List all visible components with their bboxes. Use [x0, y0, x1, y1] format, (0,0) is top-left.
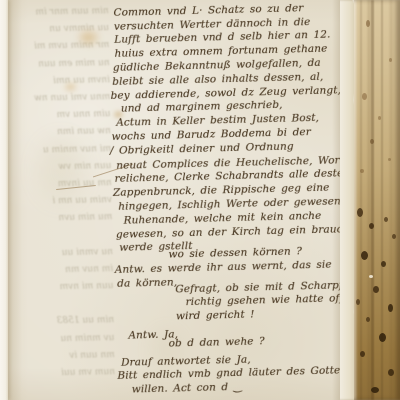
foxing-spot — [389, 58, 392, 62]
foxing-spot — [366, 20, 370, 27]
showthrough-line: nw uun imn — [9, 123, 111, 142]
foxing-spot — [360, 169, 364, 173]
showthrough-line: num vm uui — [13, 364, 115, 383]
page-fold-shadow — [8, 0, 22, 400]
edge-crease — [371, 0, 374, 400]
manuscript-photo: nim uun mnr imuu nimmv unmr nnim uvm min… — [0, 0, 400, 400]
foxing-spot — [371, 387, 379, 393]
showthrough-line: mnu vmi uun nw — [8, 89, 110, 108]
showthrough-line: uim nnu vm — [8, 106, 110, 125]
foxing-spot — [370, 139, 374, 144]
foxing-spot — [392, 234, 396, 239]
foxing-spot — [388, 304, 393, 312]
foxing-spot — [366, 317, 370, 322]
showthrough-line: vnim uu nm i — [10, 192, 112, 211]
showthrough-line: mi nuv mnim u — [9, 141, 111, 160]
showthrough-line: nim uu 1583 — [12, 312, 114, 331]
showthrough-line: invm uu nmi — [8, 72, 110, 91]
showthrough-line: nu vmni uu — [11, 244, 113, 263]
foxing-spot — [381, 261, 386, 267]
showthrough-line: uun mi nvm — [11, 278, 113, 297]
foxing-spot — [388, 158, 391, 161]
showthrough-line: mn uun iv — [13, 347, 115, 366]
foxing-spot — [384, 217, 388, 222]
underlying-page-edge — [0, 0, 8, 400]
foxing-spot — [378, 116, 381, 120]
foxing-spot — [388, 369, 394, 376]
showthrough-line: nu mim em uun — [7, 55, 109, 74]
showthrough-line: mr nnim uvm mi — [7, 38, 109, 57]
edge-crease — [360, 0, 362, 400]
showthrough-line — [10, 227, 112, 246]
foxing-spot — [379, 333, 386, 342]
foxing-spot — [362, 93, 367, 100]
showthrough-line: nm uu invm — [10, 175, 112, 194]
showthrough-line: uu nimmv un — [7, 20, 109, 39]
showthrough-line — [12, 295, 114, 314]
showthrough-line: uun nim vw — [9, 158, 111, 177]
foxing-spot — [369, 223, 374, 229]
handwritten-text-block: undCommon vnd L· Schatz so zu derversuch… — [106, 0, 362, 398]
foxing-spot — [357, 208, 363, 217]
book-page-edges — [354, 0, 400, 400]
showthrough-line: uv mnim nu — [12, 330, 114, 349]
foxing-spot — [373, 286, 379, 293]
showthrough-line: mu nim uvn — [10, 209, 112, 228]
foxing-spot — [356, 299, 360, 305]
foxing-spot — [360, 351, 365, 357]
showthrough-line: im nuv mn — [11, 261, 113, 280]
verso-showthrough: nim uun mnr imuu nimmv unmr nnim uvm min… — [7, 3, 116, 397]
foxing-spot — [361, 251, 368, 260]
foxing-spot — [369, 275, 373, 278]
